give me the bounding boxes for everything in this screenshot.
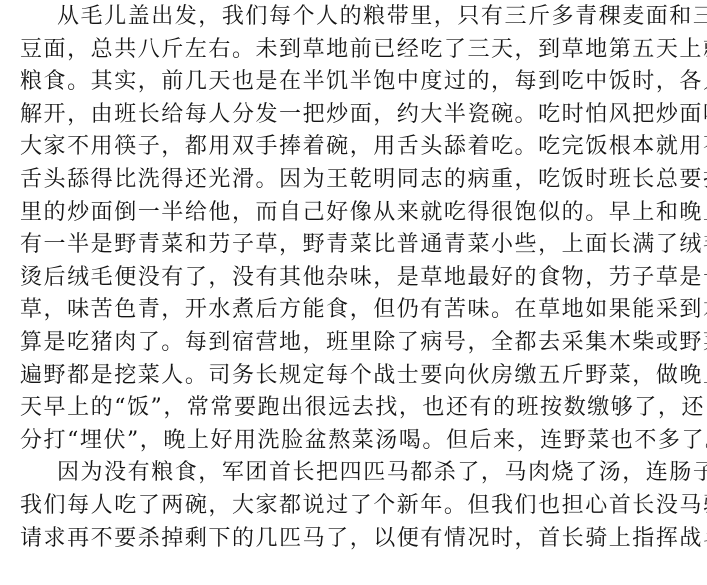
text-line: 天早上的“饭”，常常要跑出很远去找，也还有的班按数缴够了，还留一部 — [20, 392, 682, 425]
text-line: 草，味苦色青，开水煮后方能食，但仍有苦味。在草地如果能采到木耳，要 — [20, 294, 682, 327]
text-line: 烫后绒毛便没有了，没有其他杂味，是草地最好的食物，芀子草是一种根叶 — [20, 262, 682, 295]
text-line: 分打“埋伏”，晚上好用洗脸盆熬菜汤喝。但后来，连野菜也不多了。 — [20, 425, 682, 458]
document-page: 从毛儿盖出发，我们每个人的粮带里，只有三斤多青稞麦面和三斤多胡 豆面，总共八斤左… — [20, 1, 682, 555]
text-line: 有一半是野青菜和芀子草，野青菜比普通青菜小些，上面长满了绒毛，热水 — [20, 229, 682, 262]
text-line: 请求再不要杀掉剩下的几匹马了，以便有情况时，首长骑上指挥战斗。 — [20, 523, 682, 556]
text-line: 遍野都是挖菜人。司务长规定每个战士要向伙房缴五斤野菜，做晚上和第二 — [20, 360, 682, 393]
text-line: 舌头舔得比洗得还光滑。因为王乾明同志的病重，吃饭时班长总要把自己碗 — [20, 164, 682, 197]
text-line: 我们每人吃了两碗，大家都说过了个新年。但我们也担心首长没马骑，一致 — [20, 490, 682, 523]
text-line: 大家不用筷子，都用双手捧着碗，用舌头舔着吃。吃完饭根本就用不着洗碗， — [20, 131, 682, 164]
text-line: 因为没有粮食，军团首长把四匹马都杀了，马肉烧了汤，连肠子在内， — [20, 457, 682, 490]
text-line: 粮食。其实，前几天也是在半饥半饱中度过的，每到吃中饭时，各人把粮袋 — [20, 66, 682, 99]
text-line: 从毛儿盖出发，我们每个人的粮带里，只有三斤多青稞麦面和三斤多胡 — [20, 1, 682, 34]
paragraph-1: 从毛儿盖出发，我们每个人的粮带里，只有三斤多青稞麦面和三斤多胡 豆面，总共八斤左… — [20, 1, 682, 457]
text-line: 里的炒面倒一半给他，而自己好像从来就吃得很饱似的。早上和晚上的饭， — [20, 197, 682, 230]
paragraph-2: 因为没有粮食，军团首长把四匹马都杀了，马肉烧了汤，连肠子在内， 我们每人吃了两碗… — [20, 457, 682, 555]
text-line: 算是吃猪肉了。每到宿营地，班里除了病号，全都去采集木柴或野菜，满山 — [20, 327, 682, 360]
text-line: 解开，由班长给每人分发一把炒面，约大半瓷碗。吃时怕风把炒面吹跑了， — [20, 99, 682, 132]
text-line: 豆面，总共八斤左右。未到草地前已经吃了三天，到草地第五天上就没有了 — [20, 34, 682, 67]
